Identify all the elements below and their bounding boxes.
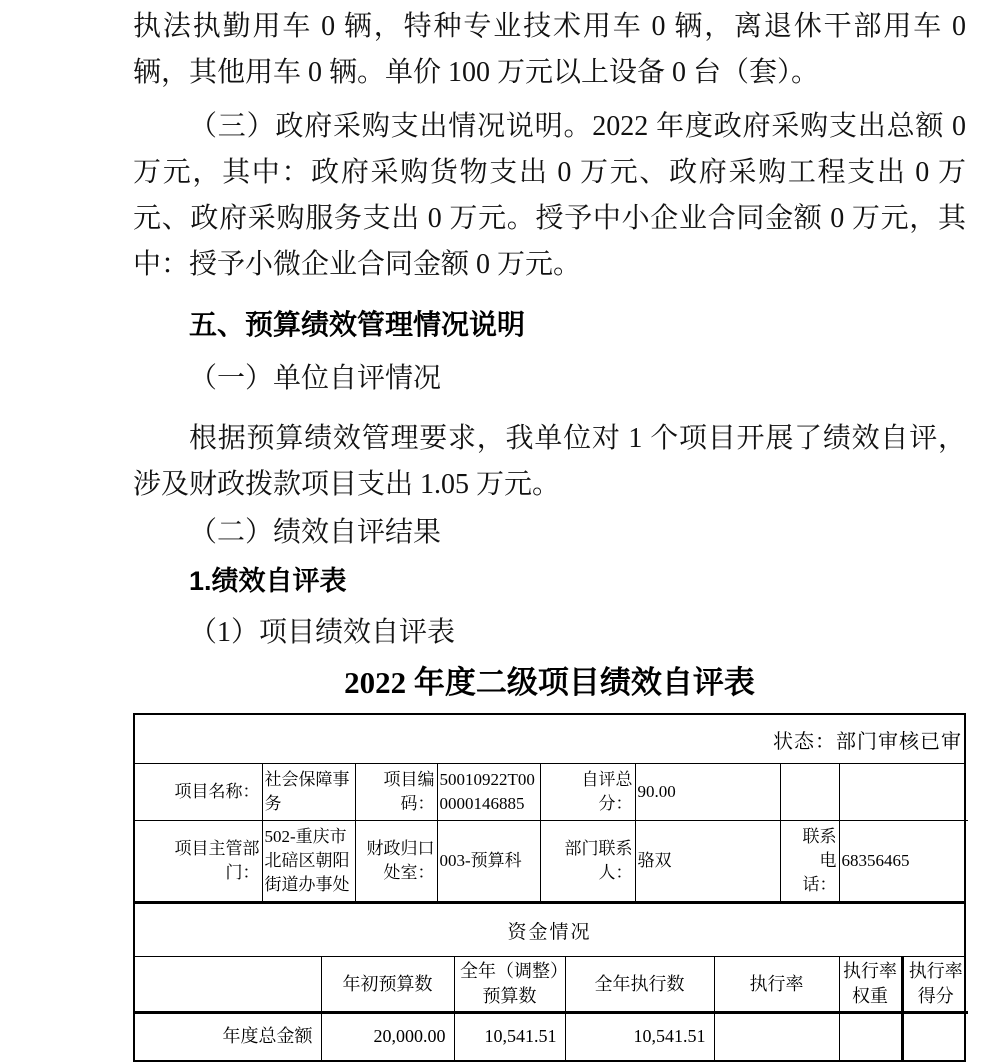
funds-header-rate-score: 执行率得分	[902, 957, 968, 1013]
paragraph-project-self-eval-table: （1）项目绩效自评表	[133, 610, 966, 656]
contact-person-label: 部门联系人：	[540, 820, 635, 901]
funds-header-initial-budget: 年初预算数	[321, 957, 454, 1013]
contact-person-value: 骆双	[635, 820, 780, 901]
phone-value: 68356465	[839, 820, 968, 901]
annual-rate-weight	[839, 1013, 902, 1060]
project-code-value: 50010922T000000146885	[437, 764, 540, 820]
funds-header-execution-rate: 执行率	[714, 957, 839, 1013]
paragraph-vehicle-counts: 执法执勤用车 0 辆，特种专业技术用车 0 辆，离退休干部用车 0 辆，其他用车…	[133, 4, 966, 96]
annual-execution-rate	[714, 1013, 839, 1060]
annual-initial-budget: 20,000.00	[321, 1013, 454, 1060]
funds-header-executed: 全年执行数	[565, 957, 714, 1013]
project-row-empty-cell-2	[839, 764, 968, 820]
project-code-label: 项目编码：	[355, 764, 437, 820]
annual-executed: 10,541.51	[565, 1013, 714, 1060]
funds-header-empty	[135, 957, 321, 1013]
funds-section-header: 资金情况	[135, 901, 964, 957]
heading-self-eval-table: 1.绩效自评表	[133, 560, 966, 602]
heading-section-five: 五、预算绩效管理情况说明	[133, 304, 966, 346]
funds-table: 年初预算数 全年（调整）预算数 全年执行数 执行率 执行率权重 执行率得分 年度…	[135, 957, 968, 1060]
status-text: 状态：部门审核已审	[773, 725, 962, 754]
phone-label: 联系电话：	[780, 820, 839, 901]
funds-header-rate-weight: 执行率权重	[839, 957, 902, 1013]
annual-total-row: 年度总金额 20,000.00 10,541.51 10,541.51	[135, 1013, 968, 1060]
document-page: 执法执勤用车 0 辆，特种专业技术用车 0 辆，离退休干部用车 0 辆，其他用车…	[0, 0, 1000, 1062]
project-name-label: 项目名称：	[135, 764, 262, 820]
table-title: 2022 年度二级项目绩效自评表	[133, 660, 966, 706]
document-content: 执法执勤用车 0 辆，特种专业技术用车 0 辆，离退休干部用车 0 辆，其他用车…	[133, 0, 966, 1062]
annual-rate-score	[902, 1013, 968, 1060]
performance-self-eval-table: 状态：部门审核已审 项目名称： 社会保障事务 项目编码： 50010922T00…	[133, 713, 966, 1062]
finance-office-label: 财政归口处室：	[355, 820, 437, 901]
annual-total-label: 年度总金额	[135, 1013, 321, 1060]
dept-value: 502-重庆市北碚区朝阳街道办事处	[262, 820, 355, 901]
project-row-empty-cell-1	[780, 764, 839, 820]
self-score-label: 自评总分：	[540, 764, 635, 820]
department-row: 项目主管部门： 502-重庆市北碚区朝阳街道办事处 财政归口处室： 003-预算…	[135, 820, 968, 901]
status-row: 状态：部门审核已审	[135, 715, 964, 764]
annual-adjusted-budget: 10,541.51	[454, 1013, 565, 1060]
paragraph-procurement: （三）政府采购支出情况说明。2022 年度政府采购支出总额 0 万元，其中：政府…	[133, 104, 966, 288]
project-name-value: 社会保障事务	[262, 764, 355, 820]
funds-section-title: 资金情况	[507, 917, 591, 944]
paragraph-unit-self-eval: （一）单位自评情况	[133, 356, 966, 402]
project-row: 项目名称： 社会保障事务 项目编码： 50010922T000000146885…	[135, 764, 968, 820]
paragraph-self-eval-result: （二）绩效自评结果	[133, 510, 966, 556]
self-score-value: 90.00	[635, 764, 780, 820]
paragraph-self-eval-detail: 根据预算绩效管理要求，我单位对 1 个项目开展了绩效自评，涉及财政拨款项目支出 …	[133, 416, 966, 508]
funds-header-adjusted-budget: 全年（调整）预算数	[454, 957, 565, 1013]
dept-label: 项目主管部门：	[135, 820, 262, 901]
project-info-table: 项目名称： 社会保障事务 项目编码： 50010922T000000146885…	[135, 764, 968, 901]
finance-office-value: 003-预算科	[437, 820, 540, 901]
funds-header-row: 年初预算数 全年（调整）预算数 全年执行数 执行率 执行率权重 执行率得分	[135, 957, 968, 1013]
